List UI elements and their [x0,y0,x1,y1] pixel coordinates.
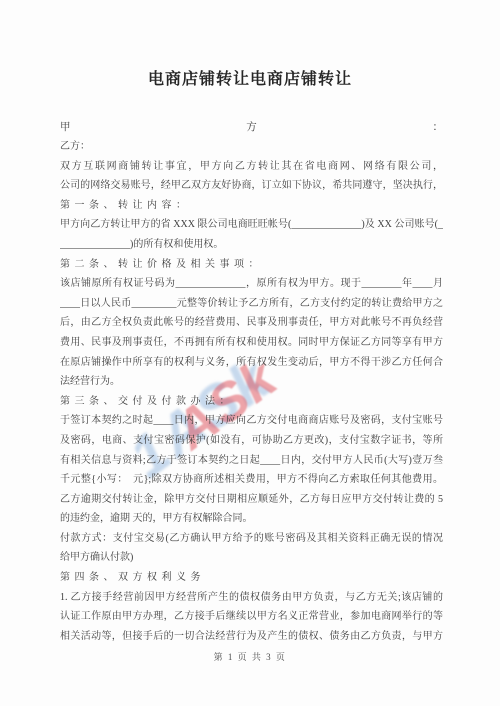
document-line: 费用、民事及刑事责任，不再拥有所有权和使用权。同时甲方保证乙方同等享有甲方 [60,333,443,353]
document-line: 乙方： [60,137,443,157]
document-line: 该店铺原所有权证号码为______________，原所有权为甲方。现于____… [60,274,443,294]
page-number-footer: 第 1 页 共 3 页 [0,650,500,663]
document-line: 第二条、转让价格及相关事项： [60,255,443,275]
document-body: 乙方：双方互联网商铺转让事宜，甲方向乙方转让其在省电商网、网络有限公司，公司的网… [60,137,443,646]
document-line: 乙方逾期交付转让金，除甲方交付日期相应顺延外，乙方每日应甲方交付转让费的 5 [60,490,443,510]
document-line: 有相关信息与资料;乙方于签订本契约之日起____日内，交付甲方人民币(大写)壹万… [60,451,443,471]
document-line: 第四条、双方权利义务 [60,568,443,588]
document-title: 电商店铺转让电商店铺转让 [0,66,500,89]
document-line: 后，由乙方全权负责此帐号的经营费用、民事及刑事责任，甲方对此帐号不再负经营 [60,313,443,333]
party-a-line: 甲 方 ： [60,116,443,136]
document-line: 及密码，电商、支付宝密码保护(如没有，可协助乙方更改)，支付宝数字证书，等所 [60,431,443,451]
document-line: 于签订本契约之时起____日内，甲方应向乙方交付电商商店账号及密码，支付宝账号 [60,411,443,431]
document-page: 1ASk ASk 电商店铺转让电商店铺转让 甲 方 ： 乙方：双方互联网商铺转让… [0,0,500,706]
document-line: 双方互联网商铺转让事宜，甲方向乙方转让其在省电商网、网络有限公司， [60,157,443,177]
document-line: 法经营行为。 [60,372,443,392]
document-line: 付款方式：支付宝交易(乙方确认甲方给予的账号密码及其相关资料正确无误的情况下， [60,529,443,549]
document-line: 在原店铺操作中所享有的权利与义务，所有权发生变动后，甲方不得干涉乙方任何合 [60,353,443,373]
document-line: 甲方向乙方转让甲方的省 XXX 限公司电商旺旺帐号(______________… [60,215,443,235]
document-line: 给甲方确认付款) [60,548,443,568]
document-line: ____日以人民币_________元整等价转让予乙方所有，乙方支付约定的转让费… [60,294,443,314]
party-a-colon: ： [433,119,444,134]
document-line: 1. 乙方接手经营前因甲方经营所产生的债权债务由甲方负责，与乙方无关;该店铺的 [60,588,443,608]
document-line: ______________)的所有权和使用权。 [60,235,443,255]
document-line: 公司的网络交易账号，经甲乙双方友好协商，订立如下协议，希共同遵守，坚决执行， [60,176,443,196]
document-line: 相关活动等，但接手后的一切合法经营行为及产生的债权、债务由乙方负责，与甲方 [60,627,443,647]
document-line: 认证工作原由甲方办理，乙方接手后继续以甲方名义正常营业，参加电商网举行的等 [60,607,443,627]
document-line: 第三条、交付及付款办法： [60,392,443,412]
document-line: 第一条、转让内容： [60,196,443,216]
party-a-label-left: 甲 [60,119,71,134]
party-a-label-middle: 方 [246,119,257,134]
document-line: 的违约金，逾期 天的，甲方有权解除合同。 [60,509,443,529]
document-line: 千元整{小写： 元};除双方协商所述相关费用，甲方不得向乙方索取任何其他费用。 [60,470,443,490]
